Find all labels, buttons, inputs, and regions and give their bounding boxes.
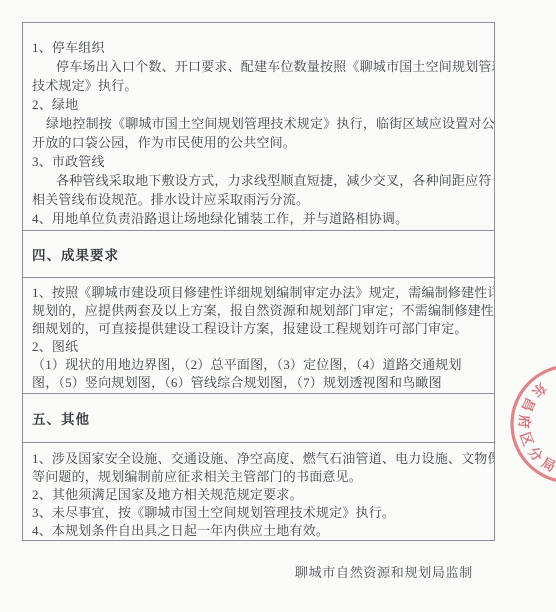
planning-conditions-table: 1、停车组织 停车场出入口个数、开口要求、配建车位数量按照《聊城市国土空间规划管… — [22, 22, 495, 541]
seal-char: 昌 — [519, 395, 538, 414]
text-line: 3、未尽事宜，按《聊城市国土空间规划管理技术规定》执行。 — [32, 504, 488, 522]
seal-char: 府 — [516, 414, 533, 429]
seal-char: 区 — [517, 430, 536, 448]
text-line: 2、图纸 — [32, 338, 488, 356]
text-line: 开放的口袋公园，作为市民使用的公共空间。 — [32, 133, 488, 152]
text-line: 2、其他须满足国家及地方相关规范规定要求。 — [32, 486, 488, 504]
section-5-header-row: 五、其他 — [23, 393, 494, 442]
text-line: 3、市政管线 — [32, 152, 488, 171]
section-traffic-greenery-utilities: 1、停车组织 停车场出入口个数、开口要求、配建车位数量按照《聊城市国土空间规划管… — [23, 23, 494, 230]
issuer-credit-line: 聊城市自然资源和规划局监制 — [295, 562, 473, 581]
section-4-deliverables: 1、按照《聊城市建设项目修建性详细规划编制审定办法》规定，需编制修建性详细 规划… — [23, 277, 494, 393]
text-line: 细规划的，可直接提供建设工程设计方案，报建设工程规划许可部门审定。 — [32, 320, 488, 338]
text-line: 4、用地单位负责沿路退让场地绿化铺装工作，并与道路相协调。 — [32, 209, 488, 228]
text-line: 各种管线采取地下敷设方式，力求线型顺直短捷，减少交叉，各种间距应符合 — [32, 171, 488, 190]
section-5-others: 1、涉及国家安全设施、交通设施、净空高度、燃气石油管道、电力设施、文物保护 等问… — [23, 442, 494, 540]
text-line: 图，（5）竖向规划图，（6）管线综合规划图，（7）规划透视图和鸟瞰图 — [32, 374, 488, 392]
section-4-header-row: 四、成果要求 — [23, 230, 494, 277]
text-line: 相关管线布设规范。排水设计应采取雨污分流。 — [32, 190, 488, 209]
text-line: 1、涉及国家安全设施、交通设施、净空高度、燃气石油管道、电力设施、文物保护 — [32, 450, 488, 468]
text-line: 4、本规划条件自出具之日起一年内供应土地有效。 — [32, 522, 488, 540]
text-line: 2、绿地 — [32, 95, 488, 114]
text-line: 技术规定》执行。 — [32, 76, 488, 95]
text-line: 等问题的，规划编制前应征求相关主管部门的书面意见。 — [32, 468, 488, 486]
document-page: 1、停车组织 停车场出入口个数、开口要求、配建车位数量按照《聊城市国土空间规划管… — [0, 0, 556, 612]
text-line: 绿地控制按《聊城市国土空间规划管理技术规定》执行，临街区域应设置对公众 — [32, 114, 488, 133]
text-line: 1、停车组织 — [32, 38, 488, 57]
text-line: 规划的，应提供两套及以上方案，报自然资源和规划部门审定；不需编制修建性详 — [32, 302, 488, 320]
text-line: 停车场出入口个数、开口要求、配建车位数量按照《聊城市国土空间规划管理 — [32, 57, 488, 76]
official-seal-stamp: 东 昌 府 区 分 局 — [494, 358, 556, 488]
section-5-title: 五、其他 — [32, 408, 90, 428]
text-line: 1、按照《聊城市建设项目修建性详细规划编制审定办法》规定，需编制修建性详细 — [32, 284, 488, 302]
text-line: （1）现状的用地边界图，（2）总平面图，（3）定位图，（4）道路交通规划 — [32, 356, 488, 374]
section-4-title: 四、成果要求 — [32, 244, 119, 264]
